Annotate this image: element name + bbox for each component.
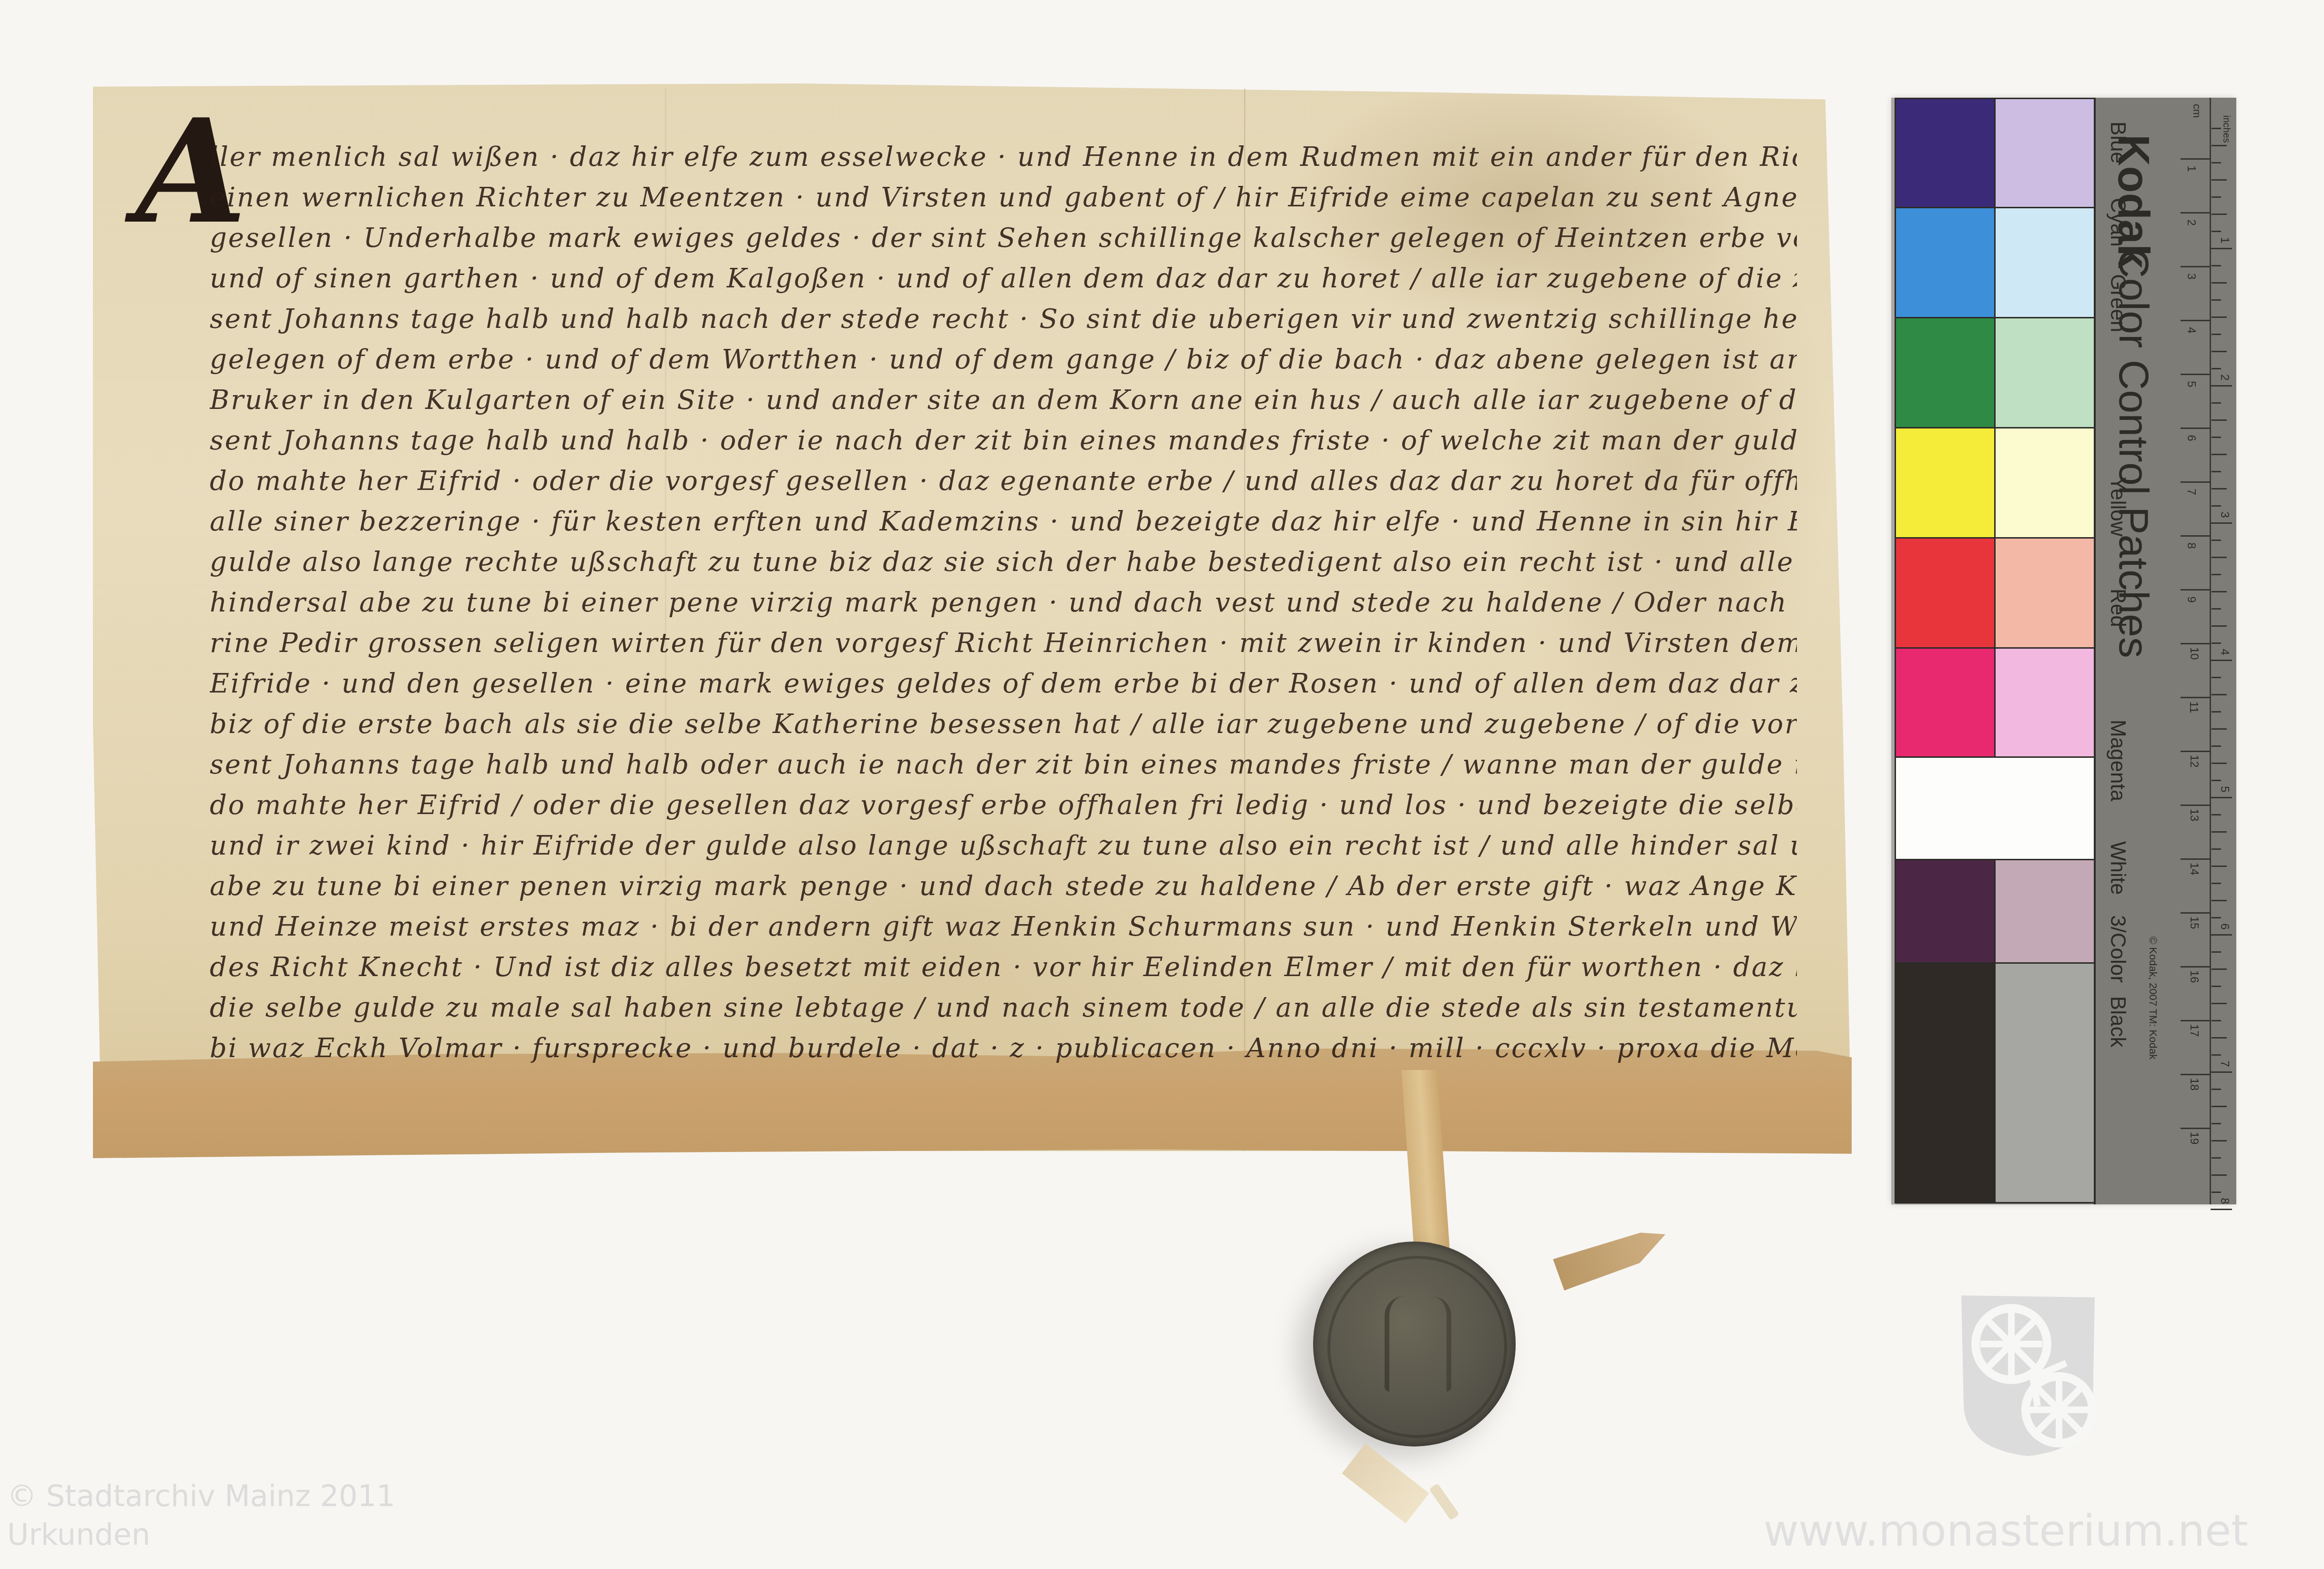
seal-strap-tip <box>1429 1483 1459 1520</box>
cm-tick <box>2181 320 2210 321</box>
inch-subtick <box>2212 454 2227 455</box>
inch-subtick <box>2212 162 2221 163</box>
inch-subtick <box>2212 1037 2227 1039</box>
inch-subtick <box>2212 1140 2227 1141</box>
inch-subtick <box>2212 1192 2221 1193</box>
cm-tick <box>2181 535 2210 537</box>
inch-subtick <box>2212 677 2221 678</box>
patch-white <box>1895 756 2095 860</box>
inch-tick-label: 2 <box>2218 374 2231 380</box>
cm-tick <box>2181 158 2210 160</box>
patch-3color-dark <box>1895 859 1996 964</box>
cm-tick-label: 12 <box>2187 755 2201 768</box>
cm-tick-label: 8 <box>2184 542 2198 549</box>
patch-label-cyan: Cyan <box>2106 198 2130 247</box>
inch-tick-label: 3 <box>2218 511 2231 518</box>
text-line: die selbe gulde zu male sal haben sine l… <box>210 994 1797 1022</box>
inch-subtick <box>2212 214 2227 215</box>
kodak-copyright: © Kodak, 2007 TM: Kodak <box>2147 937 2159 1060</box>
inch-subtick <box>2212 917 2221 918</box>
cm-tick-label: 5 <box>2184 381 2198 387</box>
cm-tick-label: 11 <box>2187 702 2200 713</box>
ruler-unit-inches: inches <box>2221 115 2232 143</box>
inch-tick-label: 1 <box>2218 237 2231 243</box>
cm-tick <box>2181 1020 2210 1021</box>
text-line: des Richt Knecht · Und ist diz alles bes… <box>210 953 1797 982</box>
cm-tick-label: 18 <box>2187 1078 2201 1091</box>
inch-subtick <box>2212 591 2227 592</box>
inch-subtick <box>2212 368 2221 369</box>
inch-subtick <box>2212 557 2227 558</box>
patch-label-white: White <box>2106 841 2130 895</box>
inch-subtick <box>2212 282 2227 284</box>
text-line: gelegen of dem erbe · und of dem Wortthe… <box>210 346 1797 374</box>
website-watermark: www.monasterium.net <box>1763 1506 2248 1556</box>
inch-subtick <box>2212 900 2227 901</box>
inch-subtick <box>2212 1106 2227 1107</box>
cm-tick <box>2181 589 2210 591</box>
inch-tick-label: 7 <box>2218 1060 2231 1067</box>
cm-tick-label: 4 <box>2184 327 2198 333</box>
mainz-coat-of-arms-icon <box>1957 1292 2097 1458</box>
patch-magenta-dark <box>1895 647 1996 758</box>
cm-tick <box>2181 374 2210 375</box>
cm-tick <box>2181 858 2210 860</box>
patch-red-light <box>1994 537 2095 649</box>
cm-tick-label: 6 <box>2184 435 2198 441</box>
inch-tick <box>2211 522 2232 524</box>
text-line: hindersal abe zu tune bi einer pene virz… <box>210 589 1797 617</box>
inch-subtick <box>2212 1157 2221 1159</box>
text-line: rine Pedir grossen seligen wirten für de… <box>210 629 1797 658</box>
inch-subtick <box>2212 1020 2221 1021</box>
cm-tick-label: 7 <box>2184 489 2198 495</box>
cm-tick <box>2181 805 2210 806</box>
patch-yellow-light <box>1994 427 2095 539</box>
cm-tick <box>2181 966 2210 968</box>
inch-tick <box>2211 248 2232 249</box>
inch-tick-label: 4 <box>2218 649 2231 655</box>
patch-green-light <box>1994 317 2095 428</box>
inch-subtick <box>2212 540 2221 541</box>
inch-tick-label: 6 <box>2218 923 2231 929</box>
text-line: bi waz Eckh Volmar · fursprecke · und bu… <box>210 1034 1797 1063</box>
inch-subtick <box>2212 351 2227 352</box>
seal-strap-end <box>1553 1220 1672 1291</box>
inch-subtick <box>2212 316 2227 318</box>
inch-subtick <box>2212 968 2227 970</box>
patch-cyan-light <box>1994 207 2095 318</box>
patch-black-light <box>1994 962 2095 1203</box>
inch-subtick <box>2212 642 2221 644</box>
inch-tick <box>2211 660 2232 661</box>
collection-watermark: Urkunden <box>7 1517 150 1552</box>
inch-subtick <box>2212 763 2227 764</box>
inch-subtick <box>2212 728 2227 730</box>
cm-tick-label: 14 <box>2187 863 2201 876</box>
patch-label-red: Red <box>2106 589 2130 627</box>
inch-subtick <box>2212 883 2221 884</box>
inch-subtick <box>2212 196 2221 198</box>
inch-tick <box>2211 385 2232 387</box>
cm-tick <box>2181 266 2210 267</box>
inch-tick-label: 8 <box>2218 1198 2231 1204</box>
cm-tick <box>2181 1128 2210 1129</box>
cm-tick <box>2181 212 2210 214</box>
cm-tick <box>2181 428 2210 429</box>
patch-label-3color: 3/Color <box>2106 915 2130 983</box>
inch-subtick <box>2212 437 2221 438</box>
copyright-watermark: © Stadtarchiv Mainz 2011 <box>7 1478 395 1513</box>
inch-subtick <box>2212 986 2221 987</box>
cm-tick <box>2181 697 2210 698</box>
seal-strap-tail <box>1342 1443 1429 1523</box>
text-line: Bruker in den Kulgarten of ein Site · un… <box>210 386 1797 415</box>
text-line: do mahte her Eifrid / oder die gesellen … <box>210 791 1797 820</box>
cm-tick-label: 2 <box>2184 219 2198 225</box>
inch-subtick <box>2212 179 2227 181</box>
wax-seal-emblem-icon <box>1385 1296 1451 1392</box>
text-line: sent Johanns tage halb und halb nach der… <box>210 305 1797 334</box>
inch-subtick <box>2212 608 2221 610</box>
cm-tick-label: 15 <box>2187 917 2201 929</box>
cm-tick <box>2181 751 2210 752</box>
cm-tick <box>2181 912 2210 914</box>
text-line: sent Johanns tage halb und halb · oder i… <box>210 427 1797 455</box>
inch-subtick <box>2212 694 2227 695</box>
charter-text: ller menlich sal wißen · daz hir elfe zu… <box>210 143 1797 1058</box>
inch-subtick <box>2212 745 2221 747</box>
text-line: ller menlich sal wißen · daz hir elfe zu… <box>210 143 1797 172</box>
patch-blue-dark <box>1895 98 1996 208</box>
cm-tick <box>2181 643 2210 644</box>
inch-subtick <box>2212 334 2221 335</box>
text-line: Eifride · und den gesellen · eine mark e… <box>210 670 1797 698</box>
inch-subtick <box>2212 299 2221 301</box>
inch-subtick <box>2212 711 2221 713</box>
patch-black-dark <box>1895 962 1996 1203</box>
text-line: und of sinen garthen · und of dem Kalgoß… <box>210 265 1797 293</box>
decorated-initial-letter: A <box>136 100 217 253</box>
text-line: do mahte her Eifrid · oder die vorgesf g… <box>210 467 1797 496</box>
parchment-turned-up-fold <box>93 1049 1852 1158</box>
inch-subtick <box>2212 951 2221 953</box>
inch-subtick <box>2212 1123 2221 1124</box>
inch-subtick <box>2212 1089 2221 1090</box>
inch-tick <box>2211 797 2232 798</box>
text-line: gulde also lange rechte ußschaft zu tune… <box>210 548 1797 577</box>
cm-tick <box>2181 481 2210 483</box>
inch-subtick <box>2212 1174 2227 1176</box>
inch-subtick <box>2212 231 2221 232</box>
patch-label-blue: Blue <box>2106 122 2130 163</box>
inch-subtick <box>2212 1054 2221 1056</box>
text-line: gesellen · Underhalbe mark ewiges geldes… <box>210 224 1797 253</box>
cm-tick <box>2181 1074 2210 1075</box>
patch-label-magenta: Magenta <box>2106 720 2130 801</box>
inch-tick <box>2211 934 2232 936</box>
inch-subtick <box>2212 128 2221 129</box>
cm-tick-label: 16 <box>2187 970 2201 983</box>
patch-blue-light <box>1994 98 2095 208</box>
patch-green-dark <box>1895 317 1996 428</box>
inch-subtick <box>2212 625 2227 627</box>
cm-tick-label: 17 <box>2187 1024 2201 1037</box>
inch-tick <box>2211 1071 2232 1073</box>
inch-subtick <box>2212 505 2221 507</box>
patch-yellow-dark <box>1895 427 1996 539</box>
text-line: sent Johanns tage halb und halb oder auc… <box>210 751 1797 779</box>
inch-subtick <box>2212 574 2221 575</box>
cm-tick-label: 13 <box>2187 809 2201 822</box>
inch-subtick <box>2212 780 2221 781</box>
inch-tick-label: 5 <box>2218 786 2231 792</box>
inch-subtick <box>2212 866 2227 867</box>
cm-tick-label: 19 <box>2187 1132 2201 1145</box>
inch-subtick <box>2212 471 2221 472</box>
ruler-unit-cm: cm <box>2191 104 2203 118</box>
text-line: abe zu tune bi einer penen virzig mark p… <box>210 872 1797 901</box>
patch-magenta-light <box>1994 647 2095 758</box>
patch-label-black: Black <box>2106 996 2130 1048</box>
inch-subtick <box>2212 402 2221 404</box>
text-line: alle siner bezzeringe · für kesten erfte… <box>210 508 1797 536</box>
patch-red-dark <box>1895 537 1996 649</box>
inch-subtick <box>2212 419 2227 421</box>
text-line: und ir zwei kind · hir Eifride der gulde… <box>210 832 1797 860</box>
ruler-divider <box>2210 98 2211 1204</box>
text-line: und Heinze meist erstes maz · bi der and… <box>210 913 1797 941</box>
inch-subtick <box>2212 831 2227 833</box>
text-line: biz of die erste bach als sie die selbe … <box>210 710 1797 739</box>
inch-subtick <box>2212 265 2221 266</box>
patch-label-yellow: Yellow <box>2106 477 2130 537</box>
cm-tick-label: 1 <box>2184 165 2198 172</box>
inch-tick <box>2211 1209 2232 1210</box>
patch-3color-light <box>1994 859 2095 964</box>
cm-tick-label: 10 <box>2187 647 2201 660</box>
patch-label-green: Green <box>2106 274 2130 332</box>
inch-subtick <box>2212 814 2221 815</box>
text-line: einen wernlichen Richter zu Meentzen · u… <box>210 183 1797 212</box>
inch-subtick <box>2212 1003 2227 1004</box>
patch-cyan-dark <box>1895 207 1996 318</box>
inch-subtick <box>2212 145 2227 146</box>
cm-tick-label: 9 <box>2184 596 2198 602</box>
inch-subtick <box>2212 488 2227 489</box>
inch-subtick <box>2212 848 2221 850</box>
cm-tick-label: 3 <box>2184 273 2198 279</box>
